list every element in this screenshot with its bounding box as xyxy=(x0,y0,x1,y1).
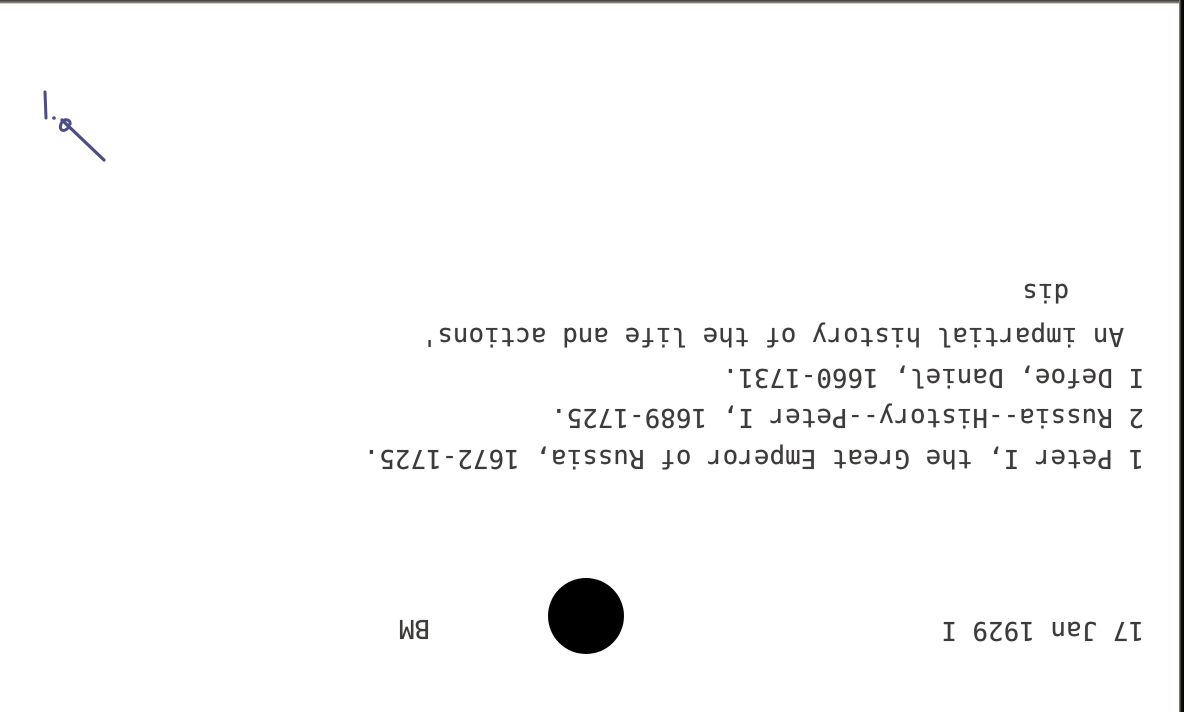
date-stamp: 17 Jan 1929 I xyxy=(941,616,1144,642)
handwritten-mark-icon xyxy=(28,82,108,164)
cataloger-initials: BM xyxy=(399,614,430,640)
card-right-edge-shadow xyxy=(1179,0,1184,712)
hole-punch xyxy=(548,578,624,654)
tracing-line: I Defoe, Daniel, 1660-1731. xyxy=(723,363,1144,389)
title-line: dis xyxy=(1022,278,1069,304)
card-top-edge-shadow xyxy=(0,0,1184,4)
scanned-card-frame: 17 Jan 1929 I BM 1 Peter I, the Great Em… xyxy=(0,0,1184,712)
tracing-line: 2 Russia--History--Peter I, 1689-1725. xyxy=(551,403,1144,429)
title-line: An impartial history of the life and act… xyxy=(422,322,1124,348)
tracing-line: 1 Peter I, the Great Emperor of Russia, … xyxy=(364,444,1144,470)
catalog-card: 17 Jan 1929 I BM 1 Peter I, the Great Em… xyxy=(0,0,1184,712)
